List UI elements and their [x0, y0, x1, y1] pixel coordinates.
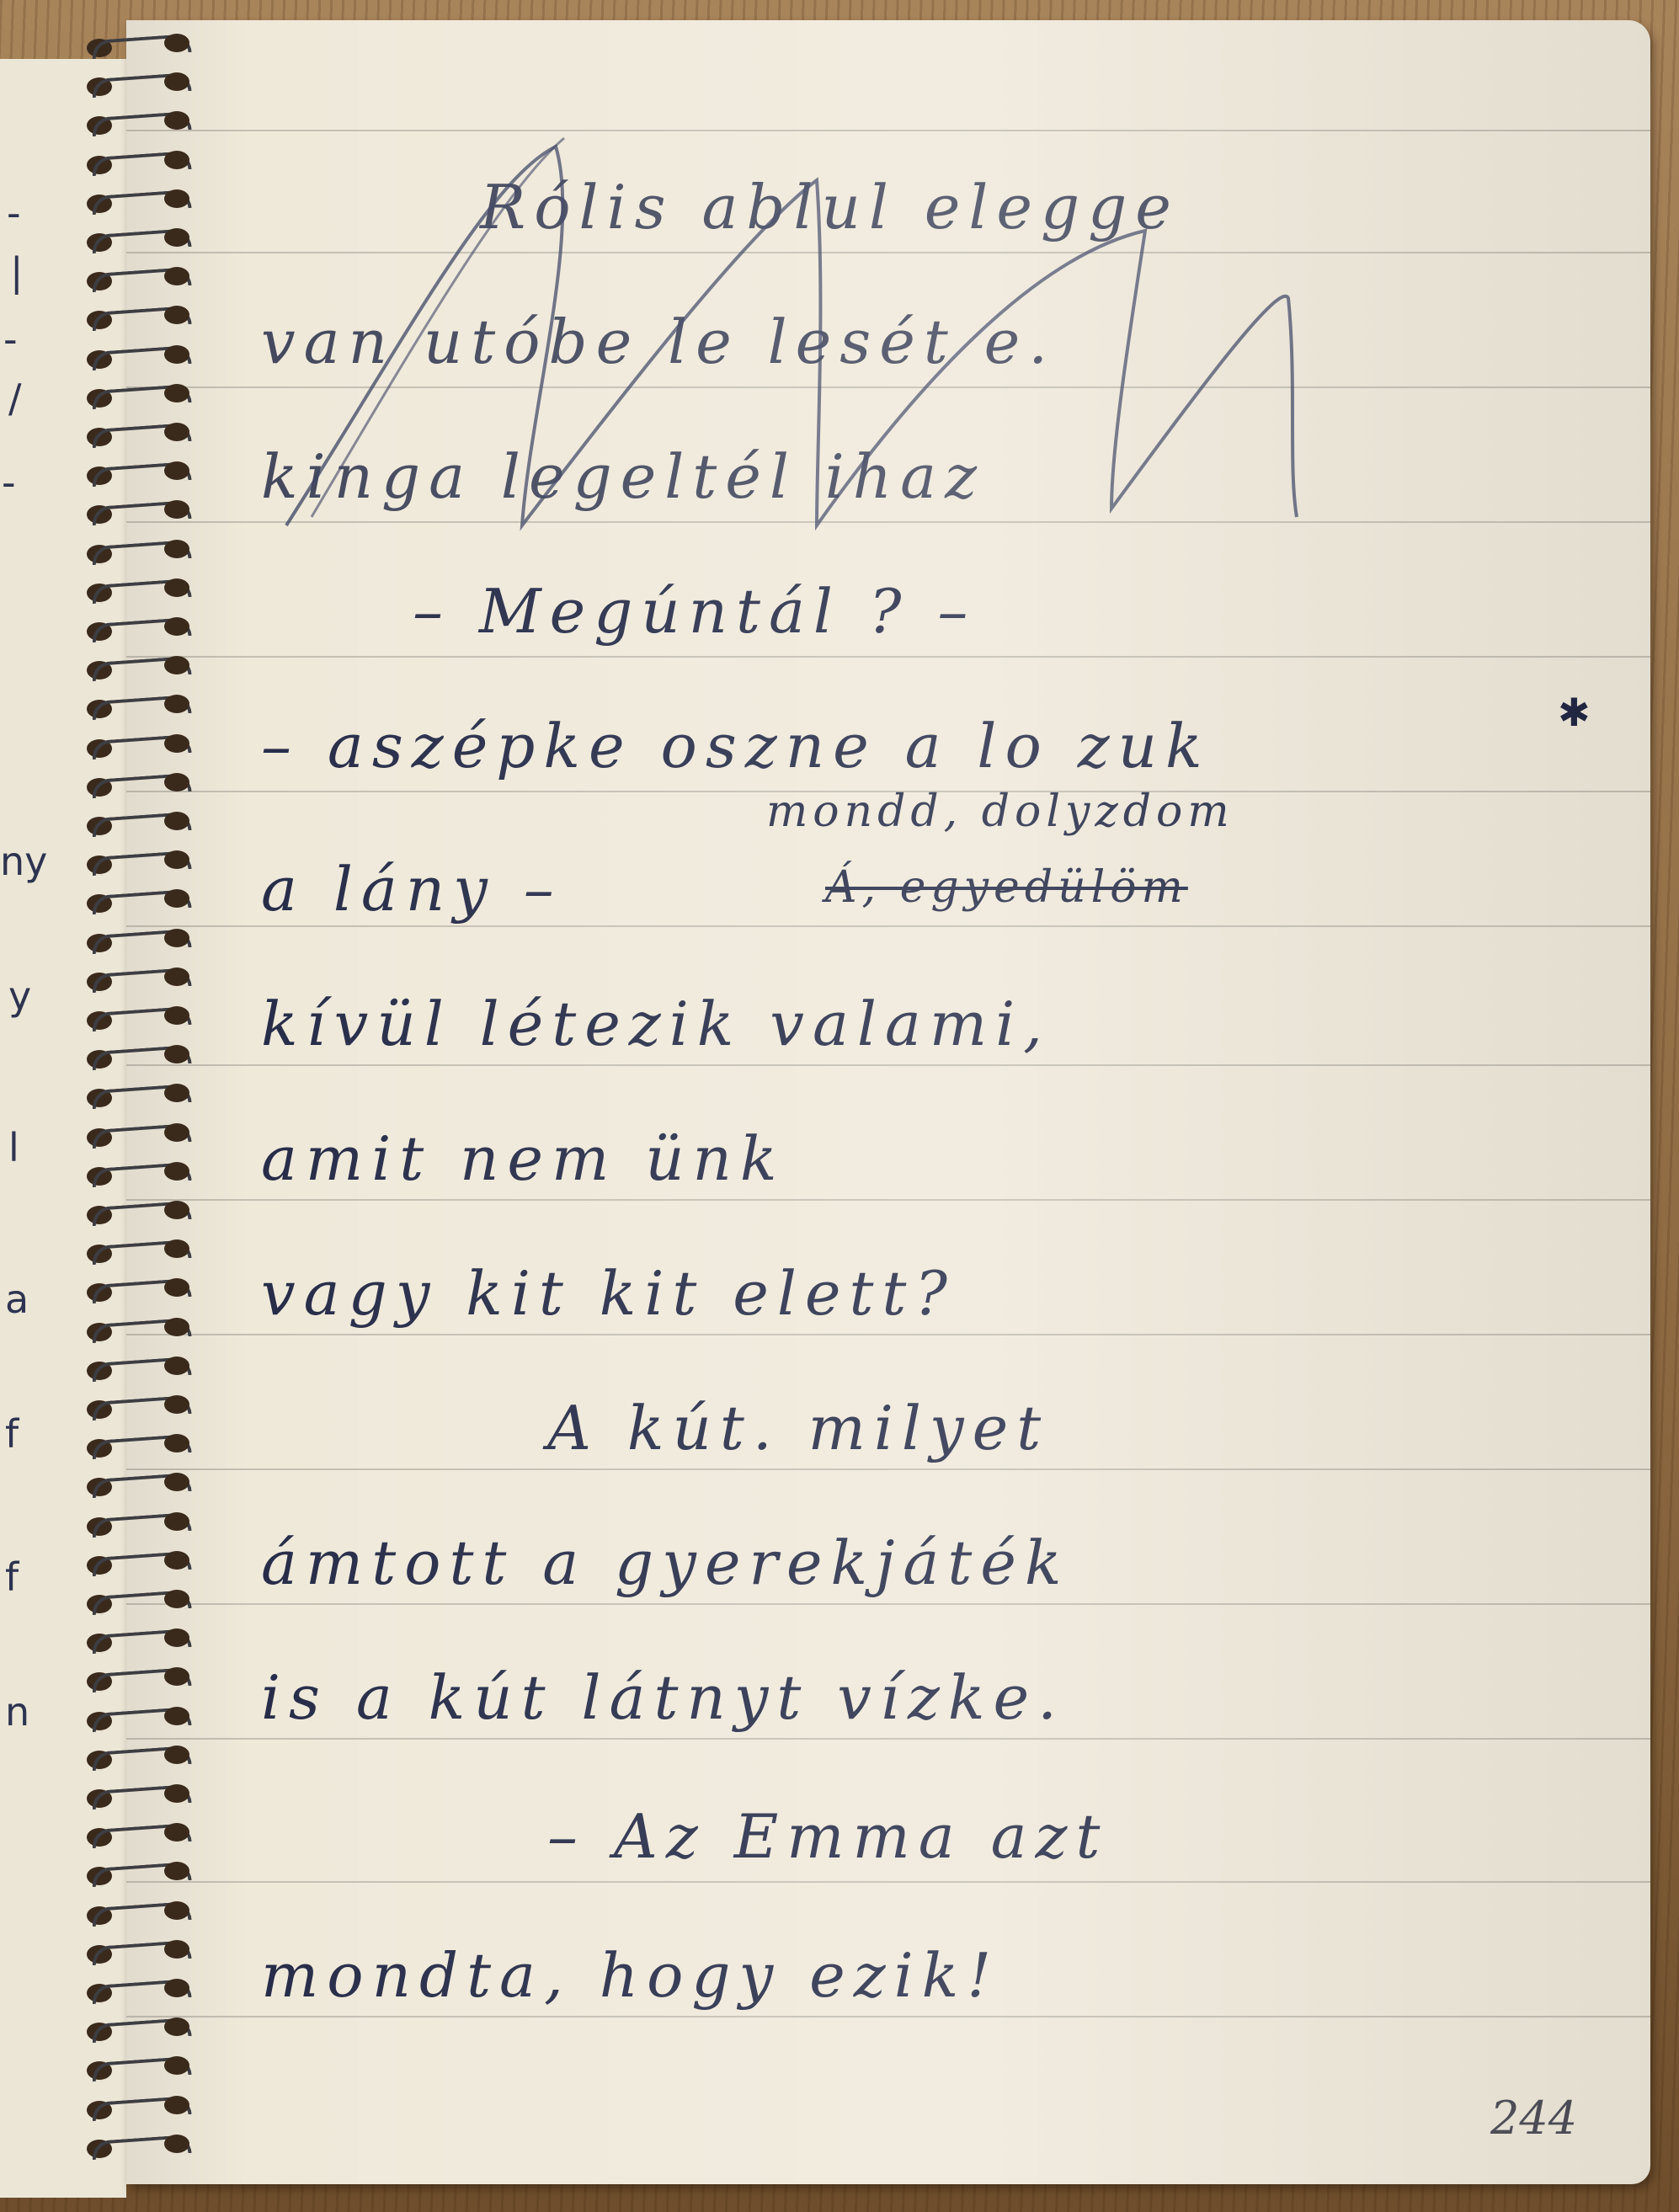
- spiral-coil: [80, 1434, 189, 1456]
- spiral-coil: [80, 1590, 189, 1612]
- spiral-coil: [80, 1123, 189, 1145]
- handwritten-line: kívül létezik valami,: [261, 989, 1051, 1059]
- binding-hole: [164, 540, 189, 558]
- spiral-coil: [80, 1551, 189, 1573]
- spiral-coil: [80, 189, 189, 211]
- handwritten-line: – aszépke oszne a lo zuk: [261, 711, 1211, 781]
- binding-hole: [164, 1357, 189, 1375]
- binding-hole: [164, 423, 189, 441]
- inserted-text: mondd, dolyzdom: [766, 786, 1234, 837]
- ruled-line: [126, 656, 1650, 658]
- binding-hole: [164, 1590, 189, 1608]
- ruled-line: [126, 2016, 1650, 2017]
- spiral-coil: [80, 34, 189, 56]
- ruled-line: [126, 1199, 1650, 1201]
- handwritten-line: a lány –: [261, 854, 562, 925]
- spiral-coil: [80, 1901, 189, 1923]
- spiral-coil: [80, 151, 189, 173]
- spiral-coil: [80, 228, 189, 250]
- binding-hole: [164, 1940, 189, 1959]
- ruled-line: [126, 1603, 1650, 1605]
- spiral-coil: [80, 812, 189, 834]
- spiral-coil: [80, 850, 189, 872]
- handwritten-line: A kút. milyet: [547, 1393, 1049, 1463]
- spiral-coil: [80, 1746, 189, 1767]
- ruled-line: [126, 1334, 1650, 1335]
- spiral-coil: [80, 267, 189, 289]
- handwritten-line: vagy kit kit elett?: [261, 1258, 956, 1329]
- spiral-coil: [80, 929, 189, 951]
- asterisk-mark: ✱: [1558, 690, 1591, 735]
- spiral-coil: [80, 540, 189, 562]
- ruled-line: [126, 130, 1650, 131]
- binding-hole: [164, 1979, 189, 1997]
- spiral-coil: [80, 1667, 189, 1689]
- binding-hole: [164, 734, 189, 753]
- spiral-coil: [80, 72, 189, 94]
- spiral-coil: [80, 656, 189, 678]
- binding-hole: [164, 1318, 189, 1336]
- left-page-mark: /: [8, 379, 22, 418]
- notebook-page: Rólis ablul elegge van utóbe le lesét e.…: [126, 20, 1650, 2184]
- spiral-coil: [80, 1628, 189, 1650]
- binding-hole: [164, 1901, 189, 1920]
- spiral-coil: [80, 1045, 189, 1067]
- spiral-coil: [80, 500, 189, 522]
- spiral-coil: [80, 1784, 189, 1806]
- ruled-line: [126, 386, 1650, 388]
- spiral-coil: [80, 1395, 189, 1417]
- ruled-line: [126, 1881, 1650, 1883]
- binding-hole: [164, 1551, 189, 1570]
- spiral-coil: [80, 1357, 189, 1378]
- spiral-coil: [80, 1940, 189, 1962]
- page-number: 244: [1490, 2092, 1577, 2145]
- left-page-mark: y: [8, 977, 31, 1015]
- binding-hole: [164, 1512, 189, 1531]
- binding-hole: [164, 1784, 189, 1803]
- binding-hole: [164, 189, 189, 208]
- spiral-coil: [80, 773, 189, 795]
- spiral-coil: [80, 1162, 189, 1184]
- ruled-line: [126, 1738, 1650, 1740]
- binding-hole: [164, 617, 189, 636]
- spiral-coil: [80, 423, 189, 445]
- spiral-binding: [80, 34, 206, 2189]
- spiral-coil: [80, 1823, 189, 1845]
- handwritten-line: mondta, hogy ezik!: [261, 1940, 999, 2011]
- binding-hole: [164, 1395, 189, 1414]
- spiral-coil: [80, 1979, 189, 2001]
- spiral-coil: [80, 1084, 189, 1106]
- spiral-coil: [80, 111, 189, 133]
- left-page-mark: f: [5, 1415, 19, 1453]
- binding-hole: [164, 34, 189, 52]
- left-page-mark: l: [8, 1128, 19, 1167]
- spiral-coil: [80, 345, 189, 367]
- binding-hole: [164, 2096, 189, 2114]
- spiral-coil: [80, 2056, 189, 2078]
- spiral-coil: [80, 2096, 189, 2118]
- binding-hole: [164, 151, 189, 169]
- spiral-coil: [80, 734, 189, 756]
- ruled-line: [126, 252, 1650, 253]
- spiral-coil: [80, 1473, 189, 1495]
- binding-hole: [164, 967, 189, 986]
- left-page-mark: a: [5, 1280, 29, 1319]
- binding-hole: [164, 384, 189, 402]
- spiral-coil: [80, 1006, 189, 1028]
- left-page-mark: ny: [0, 842, 47, 881]
- left-page-mark: |: [10, 253, 24, 291]
- binding-hole: [164, 1201, 189, 1219]
- spiral-coil: [80, 2135, 189, 2156]
- spiral-coil: [80, 1318, 189, 1340]
- handwritten-line: amit nem ünk: [261, 1123, 786, 1194]
- left-page-mark: -: [7, 194, 21, 232]
- ruled-line: [126, 1064, 1650, 1066]
- spiral-coil: [80, 461, 189, 483]
- binding-hole: [164, 1746, 189, 1764]
- ruled-line: [126, 925, 1650, 927]
- binding-hole: [164, 578, 189, 597]
- spiral-coil: [80, 889, 189, 911]
- binding-hole: [164, 1162, 189, 1181]
- spiral-coil: [80, 617, 189, 639]
- crossed-out-line: van utóbe le lesét e.: [261, 306, 1056, 377]
- binding-hole: [164, 2135, 189, 2153]
- crossed-out-line: kinga legeltél ihaz: [261, 441, 985, 512]
- spiral-coil: [80, 1862, 189, 1884]
- handwritten-line: ámtott a gyerekjáték: [261, 1527, 1070, 1598]
- binding-hole: [164, 1707, 189, 1725]
- binding-hole: [164, 812, 189, 830]
- left-page-mark: f: [5, 1558, 19, 1596]
- spiral-coil: [80, 384, 189, 406]
- spiral-coil: [80, 1278, 189, 1300]
- handwritten-line: is a kút látnyt vízke.: [261, 1662, 1065, 1733]
- spiral-coil: [80, 1239, 189, 1261]
- binding-hole: [164, 1006, 189, 1025]
- ruled-line: [126, 521, 1650, 523]
- binding-hole: [164, 345, 189, 364]
- handwritten-line: – Az Emma azt: [547, 1801, 1108, 1872]
- binding-hole: [164, 228, 189, 247]
- left-page-mark: -: [3, 320, 18, 359]
- binding-hole: [164, 929, 189, 947]
- binding-hole: [164, 773, 189, 792]
- spiral-coil: [80, 2017, 189, 2039]
- spiral-coil: [80, 1512, 189, 1534]
- left-page-mark: n: [5, 1692, 29, 1731]
- struck-text: Á, egyedülöm: [825, 862, 1188, 913]
- handwritten-line: – Megúntál ? –: [413, 576, 976, 647]
- spiral-coil: [80, 1707, 189, 1729]
- spiral-coil: [80, 967, 189, 989]
- spiral-coil: [80, 578, 189, 600]
- spiral-coil: [80, 1201, 189, 1223]
- spiral-coil: [80, 695, 189, 717]
- crossed-out-line: Rólis ablul elegge: [480, 172, 1180, 243]
- left-page-mark: -: [2, 463, 16, 502]
- ruled-line: [126, 1468, 1650, 1470]
- binding-hole: [164, 1123, 189, 1142]
- spiral-coil: [80, 306, 189, 328]
